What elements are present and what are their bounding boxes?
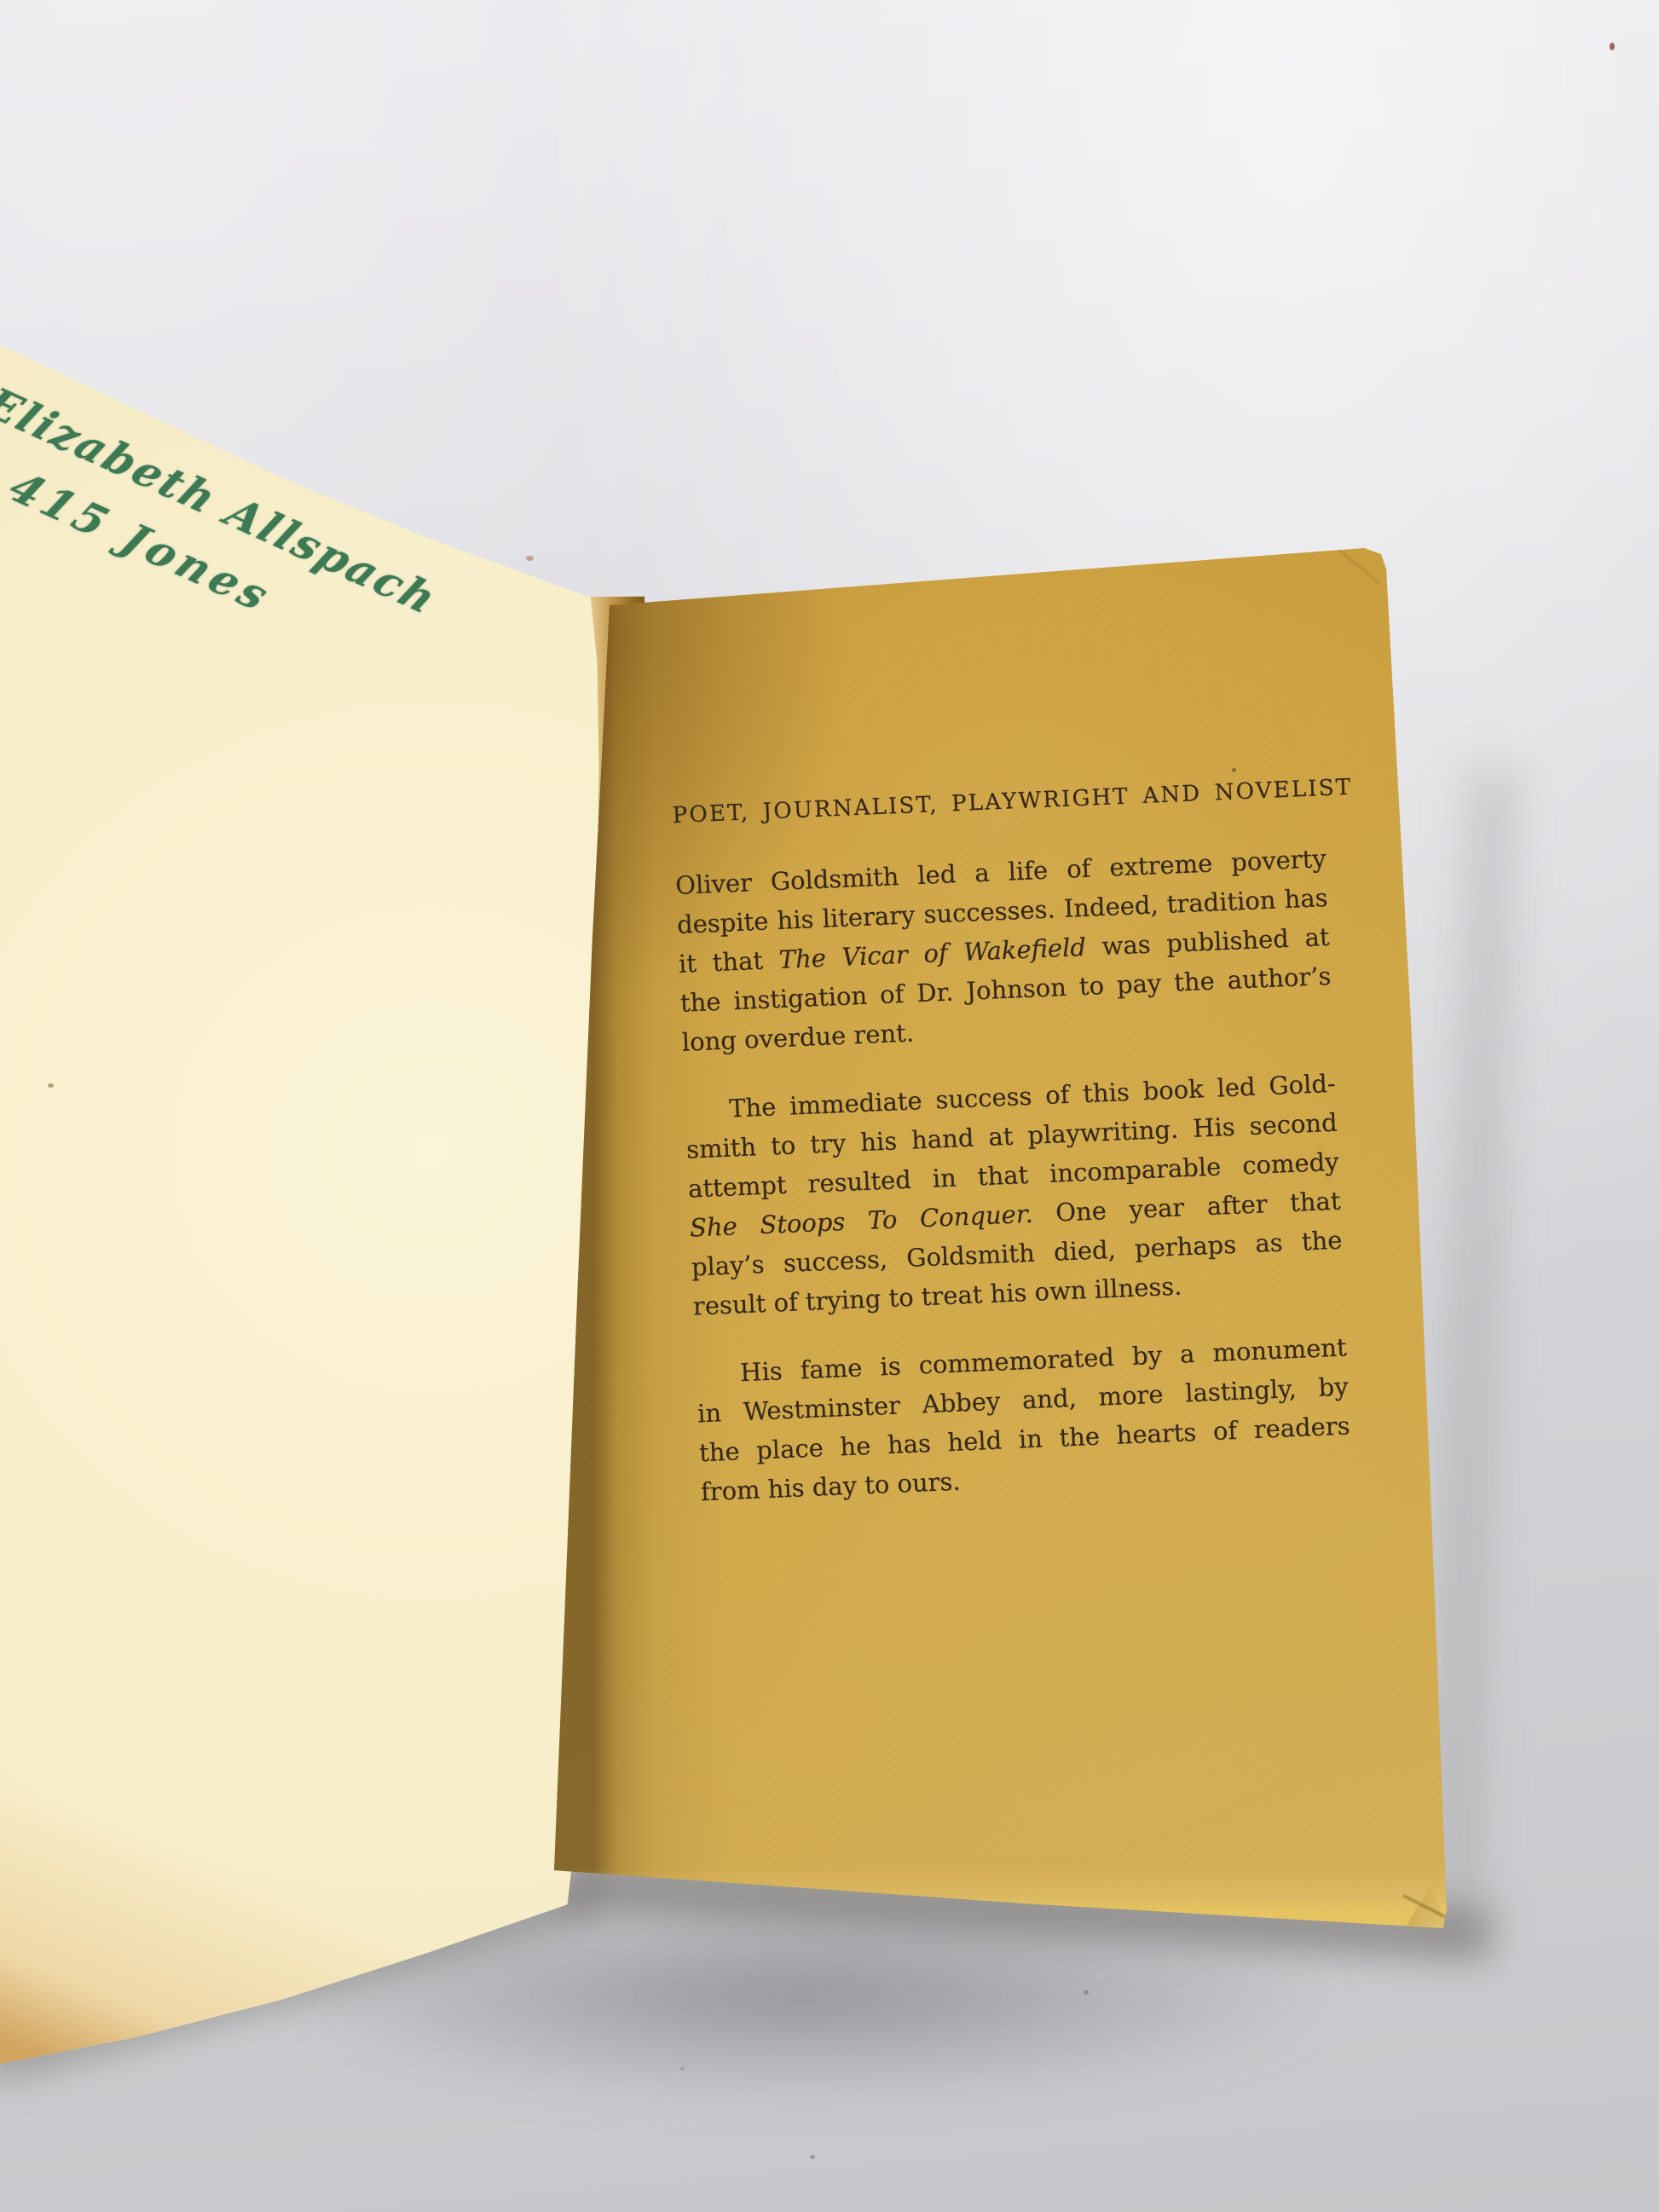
print-text-segment: from his day to ours.	[700, 1467, 961, 1507]
photo-backdrop: Elizabeth Allspach 415 Jones POET, JOURN…	[0, 0, 1659, 2212]
printed-text-block: POET, JOURNALIST, PLAYWRIGHT AND NOVELIS…	[672, 774, 1352, 1511]
paragraph-2: The immediate success of this book led G…	[684, 1064, 1344, 1326]
dust-speck	[48, 1083, 54, 1088]
print-text-segment: was published at	[1085, 922, 1330, 962]
page-heading: POET, JOURNALIST, PLAYWRIGHT AND NOVELIS…	[672, 774, 1324, 830]
paragraph-1: Oliver Goldsmith led a life of extreme p…	[674, 839, 1333, 1062]
dust-speck	[1610, 43, 1615, 50]
print-text-segment: long overdue rent.	[681, 1018, 914, 1056]
dust-speck	[810, 2155, 815, 2159]
dust-speck	[1232, 768, 1236, 772]
dust-speck	[680, 2067, 685, 2071]
print-text-segment: it that	[678, 945, 779, 979]
paragraph-3: His fame is commemorated by a monument i…	[695, 1327, 1352, 1511]
dust-speck	[1084, 1990, 1089, 1995]
dust-speck	[526, 556, 534, 561]
